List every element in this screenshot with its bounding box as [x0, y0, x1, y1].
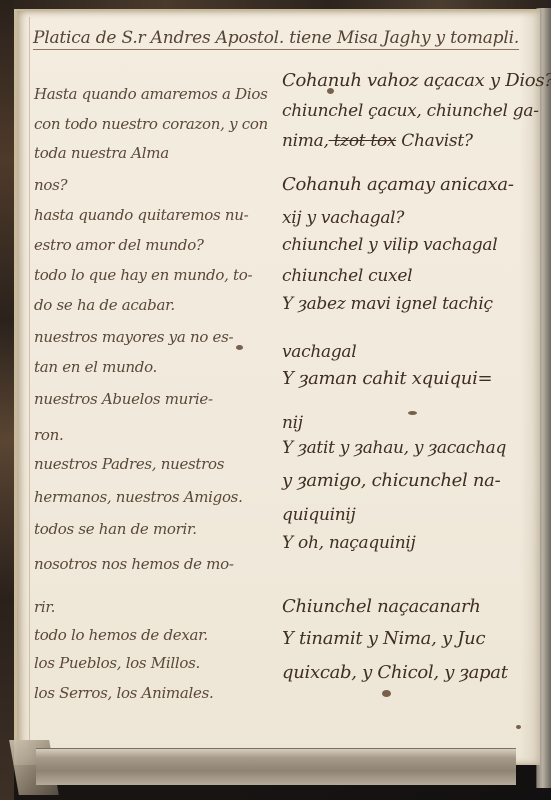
kiche-line-text: quixcab, y Chicol, y ȝapat [282, 662, 508, 683]
spanish-line: hermanos, nuestros Amigos. [34, 490, 243, 505]
kiche-line: Y tinamit y Nima, y Juc [282, 630, 485, 648]
kiche-line-text: nima, [282, 131, 329, 151]
kiche-line-text: Y oh, naçaquinij [282, 533, 415, 553]
kiche-line: y ȝamigo, chicunchel na- [282, 472, 500, 490]
kiche-line-text: chiunchel cuxel [282, 266, 412, 286]
spanish-line: tan en el mundo. [34, 360, 157, 375]
spanish-line: los Serros, los Animales. [34, 686, 213, 701]
kiche-line-text: Cohanuh açamay anicaxa- [282, 174, 514, 195]
ink-blot [382, 690, 391, 697]
kiche-line-text: Y tinamit y Nima, y Juc [282, 628, 485, 649]
kiche-line: nij [282, 415, 303, 432]
spanish-line: nos? [34, 178, 67, 193]
kiche-line: chiunchel y vilip vachagal [282, 237, 497, 254]
spanish-line: nuestros Padres, nuestros [34, 457, 224, 472]
page-edge-shadow [520, 11, 540, 765]
spanish-line: todo lo hemos de dexar. [34, 628, 208, 643]
spanish-line: ron. [34, 428, 63, 443]
spanish-line: los Pueblos, los Millos. [34, 656, 200, 671]
spanish-line: nuestros Abuelos murie- [34, 392, 213, 407]
spanish-line: nuestros mayores ya no es- [34, 330, 233, 345]
kiche-line-text: Cohanuh vahoz açacax y Dios? [282, 70, 551, 91]
kiche-line: chiunchel çacux, chiunchel ga- [282, 103, 539, 120]
kiche-line: nima, tzot tox Chavist? [282, 133, 473, 150]
kiche-line: xij y vachagal? [282, 210, 404, 227]
spanish-line: nosotros nos hemos de mo- [34, 557, 234, 572]
ink-blot [516, 725, 521, 729]
kiche-line-text: Y ȝabez mavi ignel tachiç [282, 294, 493, 314]
kiche-line: chiunchel cuxel [282, 268, 412, 285]
ink-blot [408, 411, 417, 415]
kiche-line: Cohanuh açamay anicaxa- [282, 176, 514, 194]
manuscript-viewer: Platica de S.r Andres Apostol. tiene Mis… [0, 0, 551, 800]
kiche-line-continuation: Chavist? [396, 131, 473, 151]
book-cover-left [0, 0, 14, 800]
kiche-line-text: Y ȝatit y ȝahau, y ȝacachaq [282, 438, 506, 458]
kiche-line-text: xij y vachagal? [282, 208, 404, 228]
kiche-line: Chiunchel naçacanarh [282, 598, 481, 616]
kiche-line: quixcab, y Chicol, y ȝapat [282, 664, 508, 682]
spanish-line: rir. [34, 600, 55, 615]
kiche-line-text: chiunchel çacux, chiunchel ga- [282, 101, 539, 121]
spanish-line: todo lo que hay en mundo, to- [34, 268, 252, 283]
kiche-line-text: vachagal [282, 342, 356, 362]
page-margin-line [29, 17, 30, 747]
kiche-line-text: quiquinij [282, 505, 356, 525]
spanish-line: Hasta quando amaremos a Dios [34, 87, 267, 102]
kiche-line: Y ȝabez mavi ignel tachiç [282, 296, 493, 313]
kiche-line-text: chiunchel y vilip vachagal [282, 235, 497, 255]
spanish-line: todos se han de morir. [34, 522, 197, 537]
kiche-line-text: Y ȝaman cahit xquiqui= [282, 368, 492, 389]
document-title: Platica de S.r Andres Apostol. tiene Mis… [33, 30, 519, 50]
struck-through-text: tzot tox [329, 131, 397, 151]
kiche-line-text: y ȝamigo, chicunchel na- [282, 470, 500, 491]
kiche-line: vachagal [282, 344, 356, 361]
kiche-line-text: Chiunchel naçacanarh [282, 596, 481, 617]
kiche-line-text: nij [282, 413, 303, 433]
kiche-line: Y oh, naçaquinij [282, 535, 415, 552]
kiche-line: Y ȝatit y ȝahau, y ȝacachaq [282, 440, 506, 457]
ink-blot [236, 345, 243, 350]
kiche-line: Y ȝaman cahit xquiqui= [282, 370, 492, 388]
spanish-line: hasta quando quitaremos nu- [34, 208, 248, 223]
spanish-line: toda nuestra Alma [34, 146, 169, 161]
kiche-line: quiquinij [282, 507, 356, 524]
spanish-line: con todo nuestro corazon, y con [34, 117, 268, 132]
spanish-line: do se ha de acabar. [34, 298, 175, 313]
spanish-line: estro amor del mundo? [34, 238, 204, 253]
kiche-line: Cohanuh vahoz açacax y Dios? [282, 72, 551, 90]
page-stack-edge [36, 748, 516, 785]
